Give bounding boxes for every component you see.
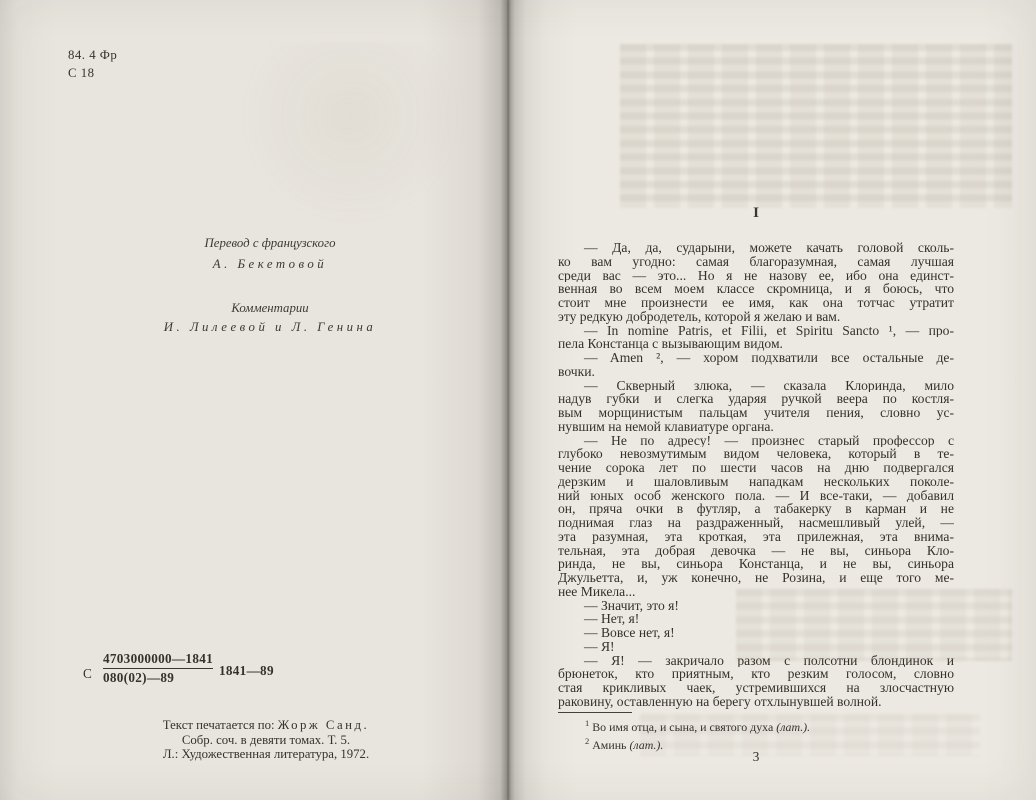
text-line: тельная, эта добрая девочка — не вы, син… [558, 544, 954, 558]
text-line: Джульетта, и, уж конечно, не Розина, и е… [558, 571, 954, 585]
text-line: нее Микела... [558, 585, 954, 599]
text-line: поднимая глаз на раздраженный, насмешлив… [558, 516, 954, 530]
showthrough-title-ghost [238, 42, 463, 227]
footnote: 1 Во имя отца, и сына, и святого духа (л… [558, 717, 954, 735]
translator-label: Перевод с французского [110, 233, 430, 254]
text-line: — Нет, я! [558, 612, 954, 626]
text-line: — Значит, это я! [558, 599, 954, 613]
imprint: Текст печатается по: Жорж Санд. Собр. со… [112, 718, 420, 762]
left-page: 84. 4 Фр С 18 Перевод с французского А. … [0, 0, 508, 800]
text-line: стоит мне произнести ее имя, как она тот… [558, 296, 954, 310]
imprint-source-label: Текст печатается по: [163, 718, 278, 732]
library-classification-code: 84. 4 Фр С 18 [68, 46, 117, 82]
text-line: ринда, не вы, синьора Констанца, и не вы… [558, 557, 954, 571]
right-page: I — Да, да, сударыни, можете качать голо… [508, 0, 1036, 800]
text-line: ний юных особ женского пола. — И все-так… [558, 489, 954, 503]
catalog-fraction: 4703000000—1841 080(02)—89 [103, 651, 213, 686]
commentary-names: И. Лилеевой и Л. Генина [90, 318, 450, 337]
text-line: венная во всем моем классе скромница, и … [558, 282, 954, 296]
text-line: раковину, оставленную на берегу отхлынув… [558, 695, 954, 709]
text-line: ко вам угодно: самая благоразумная, сама… [558, 255, 954, 269]
text-line: он, пряча очки в футляр, а табакерку в к… [558, 502, 954, 516]
text-line: дерзким и шаловливым нападкам нескольких… [558, 475, 954, 489]
classification-line2: С 18 [68, 64, 117, 82]
footnote-language-note: (лат.). [776, 720, 810, 734]
imprint-line3: Л.: Художественная литература, 1972. [112, 747, 420, 762]
text-line: — Я! — закричало разом с полсотни блонди… [558, 654, 954, 668]
commentary-label: Комментарии [90, 299, 450, 318]
text-line: — Не по адресу! — произнес старый профес… [558, 434, 954, 448]
text-line: глубоко невозмутимым видом человека, кот… [558, 447, 954, 461]
text-line: нувшим на немой клавиатуре органа. [558, 420, 954, 434]
imprint-author-name: Жорж Санд. [278, 718, 369, 732]
chapter-heading: I [558, 205, 954, 222]
showthrough-text-top [620, 44, 1012, 208]
page-gutter-fold [506, 0, 510, 800]
imprint-line1: Текст печатается по: Жорж Санд. [112, 718, 420, 733]
body-text: — Да, да, сударыни, можете качать голово… [558, 241, 954, 709]
text-line: пела Констанца с вызывающим видом. [558, 337, 954, 351]
text-line: — Вовсе нет, я! [558, 626, 954, 640]
text-line: — In nomine Patris, et Filii, et Spiritu… [558, 324, 954, 338]
footnote-marker: 1 [585, 718, 589, 728]
text-line: надув губки и слегка ударяя ручкой веера… [558, 392, 954, 406]
page-number: 3 [558, 749, 954, 765]
catalog-number: С 4703000000—1841 080(02)—89 1841—89 [83, 650, 333, 698]
classification-line1: 84. 4 Фр [68, 46, 117, 64]
translator-credit: Перевод с французского А. Бекетовой [110, 233, 430, 275]
catalog-numerator: 4703000000—1841 [103, 651, 213, 669]
footnote-marker: 2 [585, 736, 589, 746]
text-line: эта разумная, эта кроткая, эта прилежная… [558, 530, 954, 544]
commentary-credit: Комментарии И. Лилеевой и Л. Генина [90, 299, 450, 337]
text-line: вым морщинистым пальцам учителя пения, с… [558, 406, 954, 420]
catalog-suffix: 1841—89 [219, 663, 274, 679]
text-line: стая крикливых чаек, устремившихся на зл… [558, 681, 954, 695]
text-line: среди вас — это... Но я не назову ее, иб… [558, 269, 954, 283]
footnote-separator-rule [558, 712, 632, 713]
text-line: — Я! [558, 640, 954, 654]
book-spread: 84. 4 Фр С 18 Перевод с французского А. … [0, 0, 1036, 800]
text-line: эту редкую добродетель, которой я желаю … [558, 310, 954, 324]
text-line: — Amen ², — хором подхватили все остальн… [558, 351, 954, 365]
catalog-denominator: 080(02)—89 [103, 669, 213, 686]
text-line: — Да, да, сударыни, можете качать голово… [558, 241, 954, 255]
text-line: — Скверный злюка, — сказала Клоринда, ми… [558, 379, 954, 393]
text-line: чение сорока лет по шести часов на дню п… [558, 461, 954, 475]
text-line: брюнеток, кто приятным, кто резким голос… [558, 667, 954, 681]
text-line: вочки. [558, 365, 954, 379]
catalog-prefix: С [83, 666, 92, 682]
imprint-line2: Собр. соч. в девяти томах. Т. 5. [112, 733, 420, 748]
footnotes: 1 Во имя отца, и сына, и святого духа (л… [558, 717, 954, 752]
translator-name: А. Бекетовой [110, 254, 430, 275]
